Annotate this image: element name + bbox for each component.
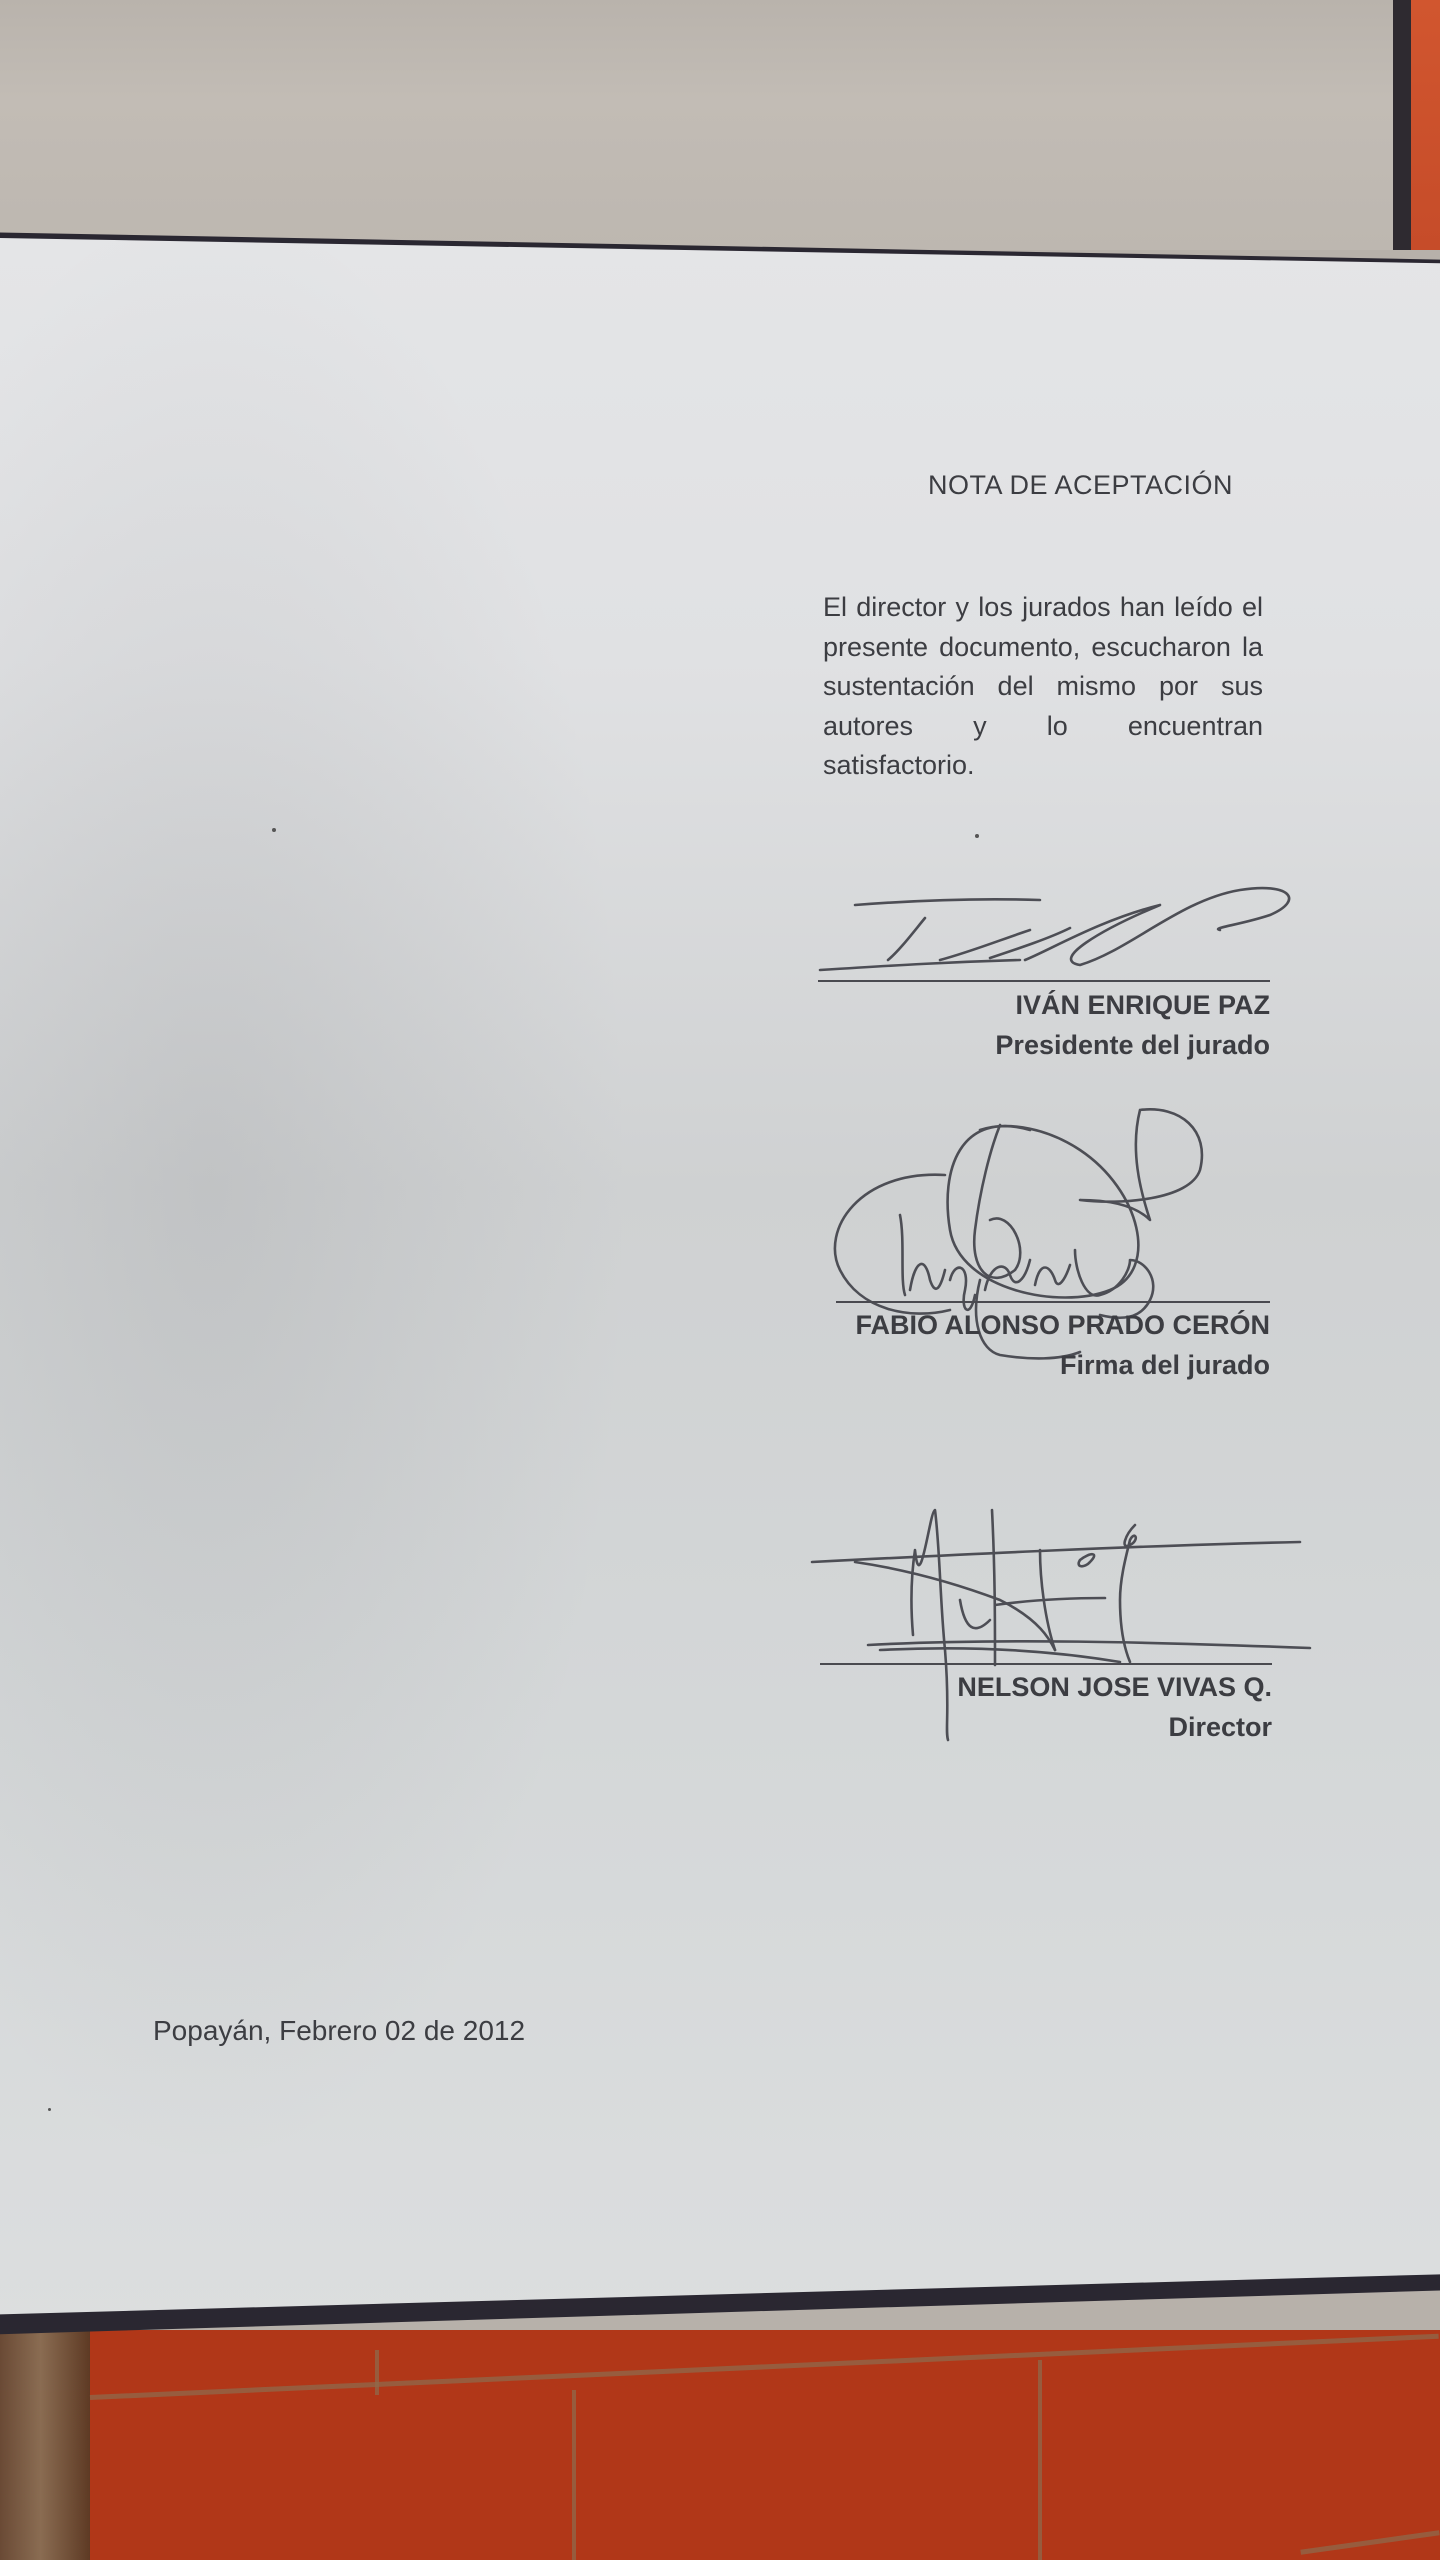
paper-speck bbox=[975, 834, 979, 838]
background-tile-strip bbox=[1411, 0, 1440, 250]
background-frame-edge bbox=[1393, 0, 1411, 250]
signature-line bbox=[836, 1301, 1270, 1303]
tile-grout bbox=[375, 2350, 379, 2395]
tile-grout bbox=[572, 2390, 576, 2560]
signature-line bbox=[818, 980, 1270, 982]
background-floor-tiles bbox=[0, 2330, 1440, 2560]
signature-line bbox=[820, 1663, 1272, 1665]
signer-role: Director bbox=[1168, 1712, 1272, 1743]
signer-name: IVÁN ENRIQUE PAZ bbox=[1015, 990, 1270, 1021]
signature-ivan-enrique-paz bbox=[800, 860, 1320, 980]
signer-role: Presidente del jurado bbox=[995, 1030, 1270, 1061]
paper-speck bbox=[48, 2108, 51, 2111]
signer-name: NELSON JOSE VIVAS Q. bbox=[957, 1672, 1272, 1703]
background-wall bbox=[0, 0, 1400, 250]
place-and-date: Popayán, Febrero 02 de 2012 bbox=[153, 2015, 525, 2047]
document-title: NOTA DE ACEPTACIÓN bbox=[928, 470, 1233, 501]
signer-role: Firma del jurado bbox=[1060, 1350, 1270, 1381]
paper-speck bbox=[272, 828, 276, 832]
background-floor-object bbox=[0, 2330, 90, 2560]
signer-name: FABIO ALONSO PRADO CERÓN bbox=[855, 1310, 1270, 1341]
signature-fabio-alonso-prado bbox=[800, 1090, 1300, 1390]
tile-grout bbox=[1038, 2360, 1042, 2560]
acceptance-statement: El director y los jurados han leído el p… bbox=[823, 588, 1263, 786]
signature-nelson-jose-vivas bbox=[800, 1490, 1360, 1760]
